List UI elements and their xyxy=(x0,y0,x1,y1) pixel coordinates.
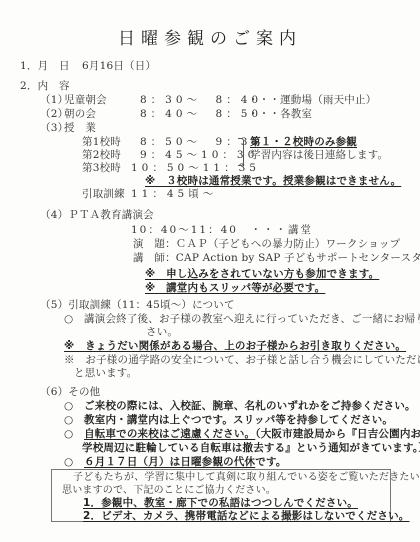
pta-time: 10：40～11：40 ・・・講堂 xyxy=(131,224,313,237)
date-value: 6月16日（日） xyxy=(82,60,156,73)
other-item-bike: ○ 自転車での来校はご遠慮ください。（大阪市建設局から『日吉公園内および xyxy=(64,428,420,441)
pickup-item-1-cont: さい。 xyxy=(146,326,178,339)
holiday-marker: ○ xyxy=(64,456,84,468)
other-item-2: ○ 教室内・講堂内は上ぐつです。スリッパ等を持参してください。 xyxy=(64,414,393,427)
brace xyxy=(238,138,244,166)
pta-lecturer: 講 師：CAP Action by SAP 子どもサポートセンタースタッフ xyxy=(133,252,420,265)
item-1-time: 8：30～ 8：40 xyxy=(140,94,262,107)
pta-note-2: ※ 講堂内もスリッパ等が必要です。 xyxy=(145,282,325,295)
other-item-1: ○ ご来校の際には、入校証、腕章、名札のいずれかをご持参ください。 xyxy=(64,400,416,413)
item-2-name: 朝の会 xyxy=(64,108,96,121)
pta-topic: 演 題：ＣＡＰ（子どもへの暴力防止）ワークショップ xyxy=(133,238,400,251)
pickup-item-1: ○ 講演会終了後、お子様の教室へ迎えに行っていただき、ご一緒にお帰りくだ xyxy=(64,313,420,326)
box-line-1: 子どもたちが、学習に集中して真剣に取り組んでいる姿をご覧いただきたいと xyxy=(73,471,420,484)
period-3-note: ※ ３校時は通常授業です。授業参観はできません。 xyxy=(145,175,401,188)
item-1-place: ・・・運動場（雨天中止） xyxy=(248,94,376,107)
pta-heading: （4）ＰＴＡ教育講演会 xyxy=(40,209,154,222)
box-rule-2: 2．ビデオ、カメラ、携帯電話などによる撮影はしないでください。 xyxy=(83,510,410,523)
pickup-heading: （5）引取訓練（11：45頃～）について xyxy=(40,299,235,312)
pta-note-1: ※ 申し込みをされていない方も参加できます。 xyxy=(145,268,379,281)
pickup-note-2-cont: と思います。 xyxy=(74,367,137,380)
box-rule-1: 1．参観中、教室・廊下での私語はつつしんでください。 xyxy=(83,497,358,510)
item-2-time: 8：40～ 8：50 xyxy=(140,108,262,121)
item-2-place: ・・・各教室 xyxy=(248,108,312,121)
bike-bold: 自転車での来校はご遠慮ください。 xyxy=(84,428,255,440)
bike-rest: （大阪市建設局から『日吉公園内および xyxy=(255,428,420,440)
date-label: 1．月 日 xyxy=(20,60,70,73)
brace-note-bold: 第１・２校時のみ参観 xyxy=(250,136,357,149)
holiday-rest: です。 xyxy=(255,456,286,468)
document-title: 日曜参観のご案内 xyxy=(0,24,420,49)
period-2-name: 第2校時 xyxy=(82,149,121,162)
other-heading: （6）その他 xyxy=(40,386,100,399)
other-item-holiday: ○ ６月１７日（月）は日曜参観の代休です。 xyxy=(64,456,287,469)
pickup-time: 11：45頃～ xyxy=(131,188,217,201)
bike-marker: ○ xyxy=(64,428,84,440)
period-3-name: 第3校時 xyxy=(82,162,121,175)
brace-note: 学習内容は後日連絡します。 xyxy=(250,149,388,162)
pickup-note-2: ※ お子様の通学路の安全について、お子様と話し合う機会にしていただければ xyxy=(64,354,420,367)
other-item-bike-cont: 学校周辺に駐輪している自転車は撤去する』という通知がきています。） xyxy=(82,442,420,455)
item-3-name: 授 業 xyxy=(64,122,96,135)
pickup-name: 引取訓練 xyxy=(82,188,125,201)
period-1-name: 第1校時 xyxy=(82,136,121,149)
box-line-2: 思いますので、下記のことにご協力ください。 xyxy=(62,484,276,497)
holiday-bold: ６月１７日（月）は日曜参観の代休 xyxy=(84,456,255,468)
content-heading: 2．内 容 xyxy=(20,80,70,93)
pickup-note-bold: ※ きょうだい関係がある場合、上のお子様からお引き取りください。 xyxy=(64,340,406,353)
item-1-name: 児童朝会 xyxy=(64,94,107,107)
